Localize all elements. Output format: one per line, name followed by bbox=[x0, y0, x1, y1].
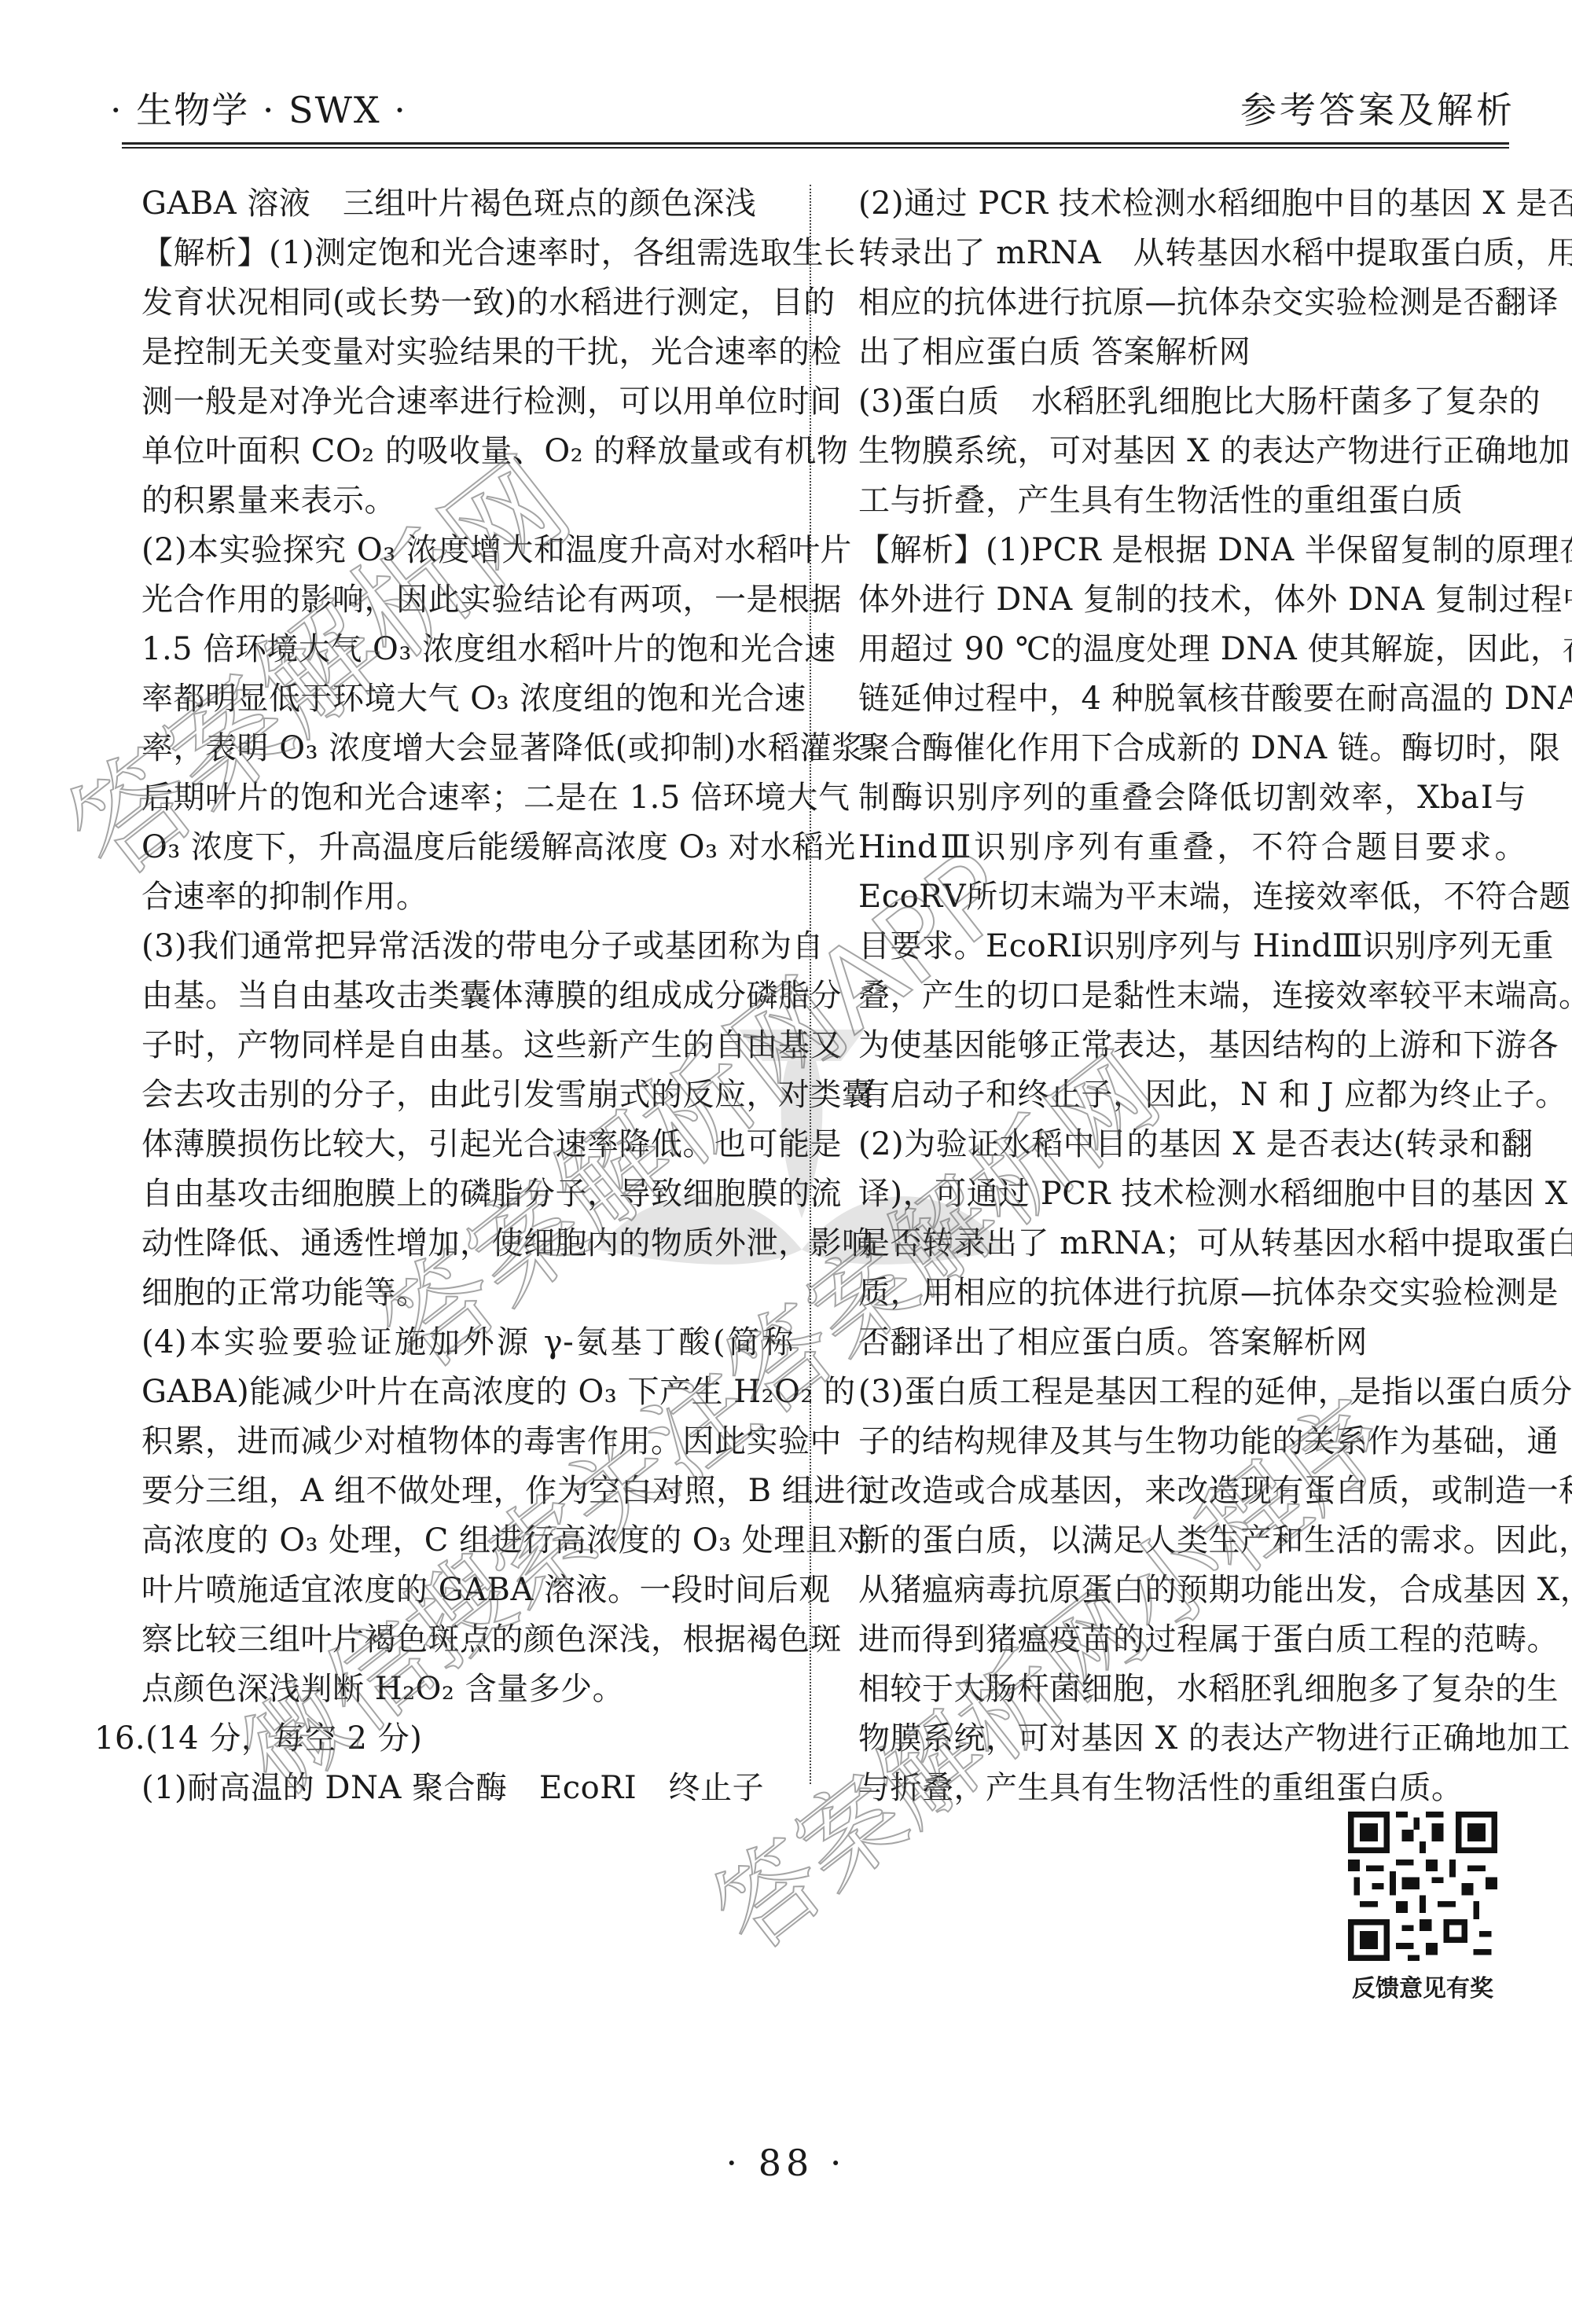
text-line: 体薄膜损伤比较大，引起光合速率降低。也可能是 bbox=[141, 1120, 794, 1169]
text-line: EcoRⅤ所切末端为平末端，连接效率低，不符合题 bbox=[858, 872, 1526, 922]
text-line: 相较于大肠杆菌细胞，水稻胚乳细胞多了复杂的生 bbox=[858, 1665, 1526, 1714]
text-line: 体外进行 DNA 复制的技术，体外 DNA 复制过程中 bbox=[858, 575, 1526, 625]
text-line: 出了相应蛋白质 答案解析网 bbox=[858, 328, 1526, 377]
text-line: 1.5 倍环境大气 O₃ 浓度组水稻叶片的饱和光合速 bbox=[141, 625, 794, 674]
text-line: 子时，产物同样是自由基。这些新产生的自由基又 bbox=[141, 1021, 794, 1070]
text-line: 合速率的抑制作用。 bbox=[141, 872, 794, 922]
text-line: GABA)能减少叶片在高浓度的 O₃ 下产生 H₂O₂ 的 bbox=[141, 1368, 794, 1417]
text-line: 为使基因能够正常表达，基因结构的上游和下游各 bbox=[858, 1021, 1526, 1070]
text-line: 是否转录出了 mRNA；可从转基因水稻中提取蛋白 bbox=[858, 1219, 1526, 1268]
text-line: 质，用相应的抗体进行抗原—抗体杂交实验检测是 bbox=[858, 1268, 1526, 1318]
text-line: 用超过 90 ℃的温度处理 DNA 使其解旋，因此，在子 bbox=[858, 625, 1526, 674]
text-line: 要分三组，A 组不做处理，作为空白对照，B 组进行 bbox=[141, 1467, 794, 1516]
right-column: (2)通过 PCR 技术检测水稻细胞中目的基因 X 是否 转录出了 mRNA 从… bbox=[858, 179, 1526, 1813]
text-line: 【解析】(1)PCR 是根据 DNA 半保留复制的原理在 bbox=[858, 526, 1526, 575]
text-line: 自由基攻击细胞膜上的磷脂分子，导致细胞膜的流 bbox=[141, 1169, 794, 1219]
text-line: (3)蛋白质工程是基因工程的延伸，是指以蛋白质分 bbox=[858, 1368, 1526, 1417]
text-line: 物膜系统，可对基因 X 的表达产物进行正确地加工 bbox=[858, 1714, 1526, 1764]
text-line: 转录出了 mRNA 从转基因水稻中提取蛋白质，用 bbox=[858, 229, 1526, 278]
text-line: 察比较三组叶片褐色斑点的颜色深浅，根据褐色斑 bbox=[141, 1615, 794, 1665]
text-line: 叠，产生的切口是黏性末端，连接效率较平末端高。 bbox=[858, 971, 1526, 1021]
text-line: 由基。当自由基攻击类囊体薄膜的组成成分磷脂分 bbox=[141, 971, 794, 1021]
header-section-title: 参考答案及解析 bbox=[1240, 82, 1515, 134]
left-column: GABA 溶液 三组叶片褐色斑点的颜色深浅 【解析】(1)测定饱和光合速率时，各… bbox=[141, 179, 794, 1813]
text-line: 的积累量来表示。 bbox=[141, 476, 794, 526]
text-line: 发育状况相同(或长势一致)的水稻进行测定，目的 bbox=[141, 278, 794, 328]
text-line: 新的蛋白质，以满足人类生产和生活的需求。因此， bbox=[858, 1516, 1526, 1566]
text-line: 【解析】(1)测定饱和光合速率时，各组需选取生长 bbox=[141, 229, 794, 278]
header-rule-bottom bbox=[122, 147, 1509, 149]
text-line: O₃ 浓度下，升高温度后能缓解高浓度 O₃ 对水稻光 bbox=[141, 823, 794, 872]
text-line: 译)，可通过 PCR 技术检测水稻细胞中目的基因 X bbox=[858, 1169, 1526, 1219]
text-line: 点颜色深浅判断 H₂O₂ 含量多少。 bbox=[141, 1665, 794, 1714]
text-line: 测一般是对净光合速率进行检测，可以用单位时间 bbox=[141, 377, 794, 427]
text-line: GABA 溶液 三组叶片褐色斑点的颜色深浅 bbox=[141, 179, 794, 229]
text-line: (4)本实验要验证施加外源 γ-氨基丁酸(简称 bbox=[141, 1318, 794, 1368]
text-line: 子的结构规律及其与生物功能的关系作为基础，通 bbox=[858, 1417, 1526, 1467]
text-line: 是控制无关变量对实验结果的干扰，光合速率的检 bbox=[141, 328, 794, 377]
text-line: 细胞的正常功能等。 bbox=[141, 1268, 794, 1318]
text-line: 后期叶片的饱和光合速率；二是在 1.5 倍环境大气 bbox=[141, 773, 794, 823]
text-line: 聚合酶催化作用下合成新的 DNA 链。酶切时，限 bbox=[858, 724, 1526, 773]
text-line: 从猪瘟病毒抗原蛋白的预期功能出发，合成基因 X， bbox=[858, 1566, 1526, 1615]
text-line: 进而得到猪瘟疫苗的过程属于蛋白质工程的范畴。 bbox=[858, 1615, 1526, 1665]
text-line: 率，表明 O₃ 浓度增大会显著降低(或抑制)水稻灌浆 bbox=[141, 724, 794, 773]
text-line: 叶片喷施适宜浓度的 GABA 溶液。一段时间后观 bbox=[141, 1566, 794, 1615]
text-line: 光合作用的影响，因此实验结论有两项，一是根据 bbox=[141, 575, 794, 625]
text-line: HindⅢ识别序列有重叠，不符合题目要求。 bbox=[858, 823, 1526, 872]
text-line: 单位叶面积 CO₂ 的吸收量、O₂ 的释放量或有机物 bbox=[141, 427, 794, 476]
text-line: (2)本实验探究 O₃ 浓度增大和温度升高对水稻叶片 bbox=[141, 526, 794, 575]
text-line: 否翻译出了相应蛋白质。答案解析网 bbox=[858, 1318, 1526, 1368]
text-line: 会去攻击别的分子，由此引发雪崩式的反应，对类囊 bbox=[141, 1070, 794, 1120]
text-line: 有启动子和终止子，因此，N 和 J 应都为终止子。 bbox=[858, 1070, 1526, 1120]
text-line: (3)蛋白质 水稻胚乳细胞比大肠杆菌多了复杂的 bbox=[858, 377, 1526, 427]
text-line: 率都明显低于环境大气 O₃ 浓度组的饱和光合速 bbox=[141, 674, 794, 724]
text-line: (3)我们通常把异常活泼的带电分子或基团称为自 bbox=[141, 922, 794, 971]
text-line: 目要求。EcoRⅠ识别序列与 HindⅢ识别序列无重 bbox=[858, 922, 1526, 971]
text-line: 制酶识别序列的重叠会降低切割效率，XbaⅠ与 bbox=[858, 773, 1526, 823]
text-line: 高浓度的 O₃ 处理，C 组进行高浓度的 O₃ 处理且对 bbox=[141, 1516, 794, 1566]
text-line: 过改造或合成基因，来改造现有蛋白质，或制造一种 bbox=[858, 1467, 1526, 1516]
qr-caption: 反馈意见有奖 bbox=[1336, 1969, 1509, 2003]
text-line: 工与折叠，产生具有生物活性的重组蛋白质 bbox=[858, 476, 1526, 526]
text-line: 链延伸过程中，4 种脱氧核苷酸要在耐高温的 DNA bbox=[858, 674, 1526, 724]
page-number: · 88 · bbox=[0, 2142, 1572, 2184]
text-line: 生物膜系统，可对基因 X 的表达产物进行正确地加 bbox=[858, 427, 1526, 476]
qr-code-icon[interactable] bbox=[1348, 1812, 1497, 1961]
text-line: 与折叠，产生具有生物活性的重组蛋白质。 bbox=[858, 1764, 1526, 1813]
text-line: 积累，进而减少对植物体的毒害作用。因此实验中 bbox=[141, 1417, 794, 1467]
text-line: 相应的抗体进行抗原—抗体杂交实验检测是否翻译 bbox=[858, 278, 1526, 328]
text-line: (1)耐高温的 DNA 聚合酶 EcoRⅠ 终止子 bbox=[141, 1764, 794, 1813]
text-line: 动性降低、通透性增加，使细胞内的物质外泄，影响 bbox=[141, 1219, 794, 1268]
question-number-line: 16.(14 分，每空 2 分) bbox=[94, 1714, 794, 1764]
header-rule-top bbox=[122, 142, 1509, 145]
header-subject: · 生物学 · SWX · bbox=[110, 82, 407, 134]
text-line: (2)通过 PCR 技术检测水稻细胞中目的基因 X 是否 bbox=[858, 179, 1526, 229]
text-line: (2)为验证水稻中目的基因 X 是否表达(转录和翻 bbox=[858, 1120, 1526, 1169]
